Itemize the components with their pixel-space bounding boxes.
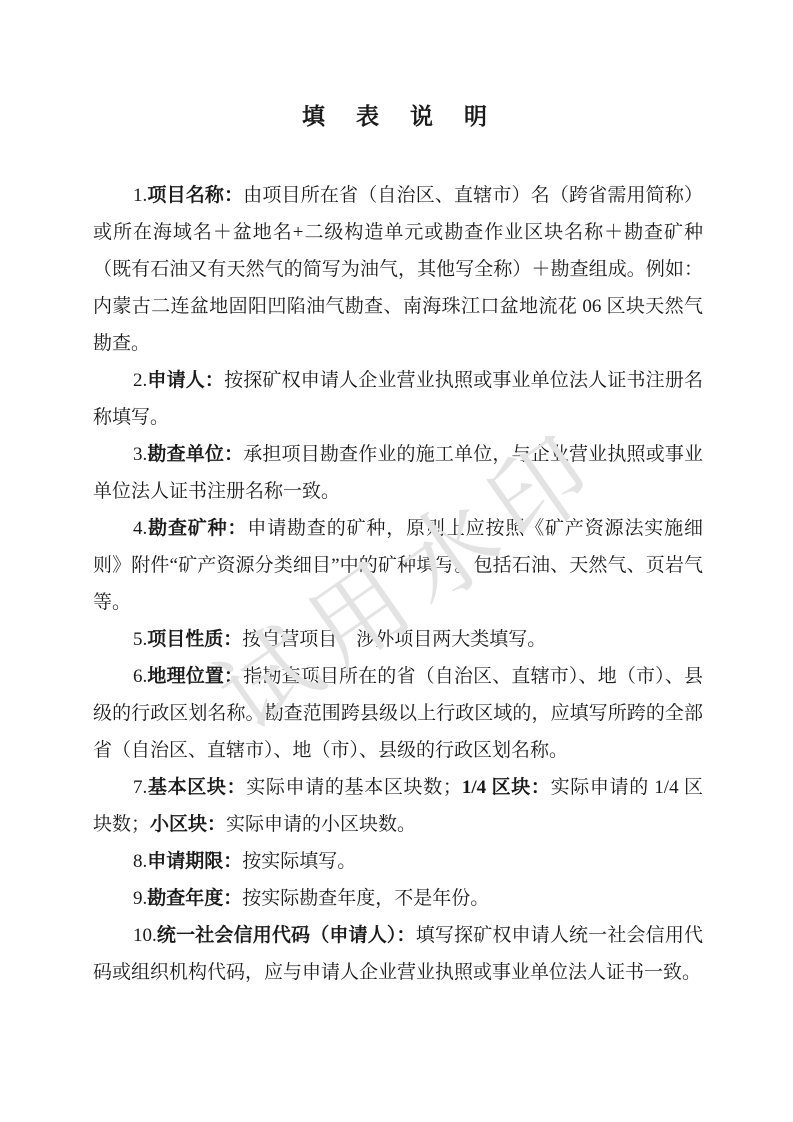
page: 试用水印 填 表 说 明 1.项目名称：由项目所在省（自治区、直辖市）名（跨省需…: [0, 0, 793, 1122]
field-label: 勘查单位：: [147, 444, 243, 465]
text-run: 按实际填写。: [242, 851, 356, 872]
instruction-paragraph: 7.基本区块：实际申请的基本区块数；1/4 区块：实际申请的 1/4 区块数；小…: [93, 769, 703, 843]
text-run: 8.: [133, 851, 147, 872]
text-run: 按实际勘查年度，不是年份。: [242, 888, 489, 909]
text-run: 9.: [133, 888, 147, 909]
instruction-paragraph: 2.申请人：按探矿权申请人企业营业执照或事业单位法人证书注册名称填写。: [93, 362, 703, 436]
text-run: 5.: [133, 629, 147, 650]
instructions-body: 1.项目名称：由项目所在省（自治区、直辖市）名（跨省需用简称）或所在海域名＋盆地…: [93, 177, 703, 991]
field-label: 申请人：: [147, 370, 224, 391]
instruction-paragraph: 8.申请期限：按实际填写。: [93, 843, 703, 880]
instruction-paragraph: 10.统一社会信用代码（申请人）：填写探矿权申请人统一社会信用代码或组织机构代码…: [93, 917, 703, 991]
field-label: 申请期限：: [147, 851, 242, 872]
field-label: 地理位置：: [147, 666, 243, 687]
field-label: 勘查矿种：: [147, 518, 247, 539]
text-run: 10.: [133, 925, 157, 946]
field-label: 统一社会信用代码（申请人）：: [157, 925, 416, 946]
text-run: 6.: [133, 666, 147, 687]
text-run: 由项目所在省（自治区、直辖市）名（跨省需用简称）或所在海域名＋盆地名+二级构造单…: [93, 185, 703, 354]
instruction-paragraph: 6.地理位置：指勘查项目所在的省（自治区、直辖市）、地（市）、县级的行政区划名称…: [93, 658, 703, 769]
instruction-paragraph: 5.项目性质：按自营项目、涉外项目两大类填写。: [93, 621, 703, 658]
field-label: 项目性质：: [147, 629, 242, 650]
text-run: 7.: [133, 777, 147, 798]
instruction-paragraph: 4.勘查矿种：申请勘查的矿种，原则上应按照《矿产资源法实施细则》附件“矿产资源分…: [93, 510, 703, 621]
page-title: 填 表 说 明: [0, 98, 793, 131]
field-label: 1/4 区块：: [462, 777, 551, 798]
field-label: 基本区块：: [147, 777, 246, 798]
instruction-paragraph: 1.项目名称：由项目所在省（自治区、直辖市）名（跨省需用简称）或所在海域名＋盆地…: [93, 177, 703, 362]
text-run: 实际申请的基本区块数；: [246, 777, 462, 798]
text-run: 3.: [133, 444, 147, 465]
field-label: 勘查年度：: [147, 888, 242, 909]
instruction-paragraph: 3.勘查单位：承担项目勘查作业的施工单位，与企业营业执照或事业单位法人证书注册名…: [93, 436, 703, 510]
text-run: 实际申请的小区块数。: [226, 814, 416, 835]
text-run: 1.: [133, 185, 147, 206]
field-label: 项目名称：: [147, 185, 243, 206]
text-run: 4.: [133, 518, 147, 539]
text-run: 2.: [133, 370, 147, 391]
field-label: 小区块：: [150, 814, 226, 835]
instruction-paragraph: 9.勘查年度：按实际勘查年度，不是年份。: [93, 880, 703, 917]
text-run: 按自营项目、涉外项目两大类填写。: [242, 629, 546, 650]
